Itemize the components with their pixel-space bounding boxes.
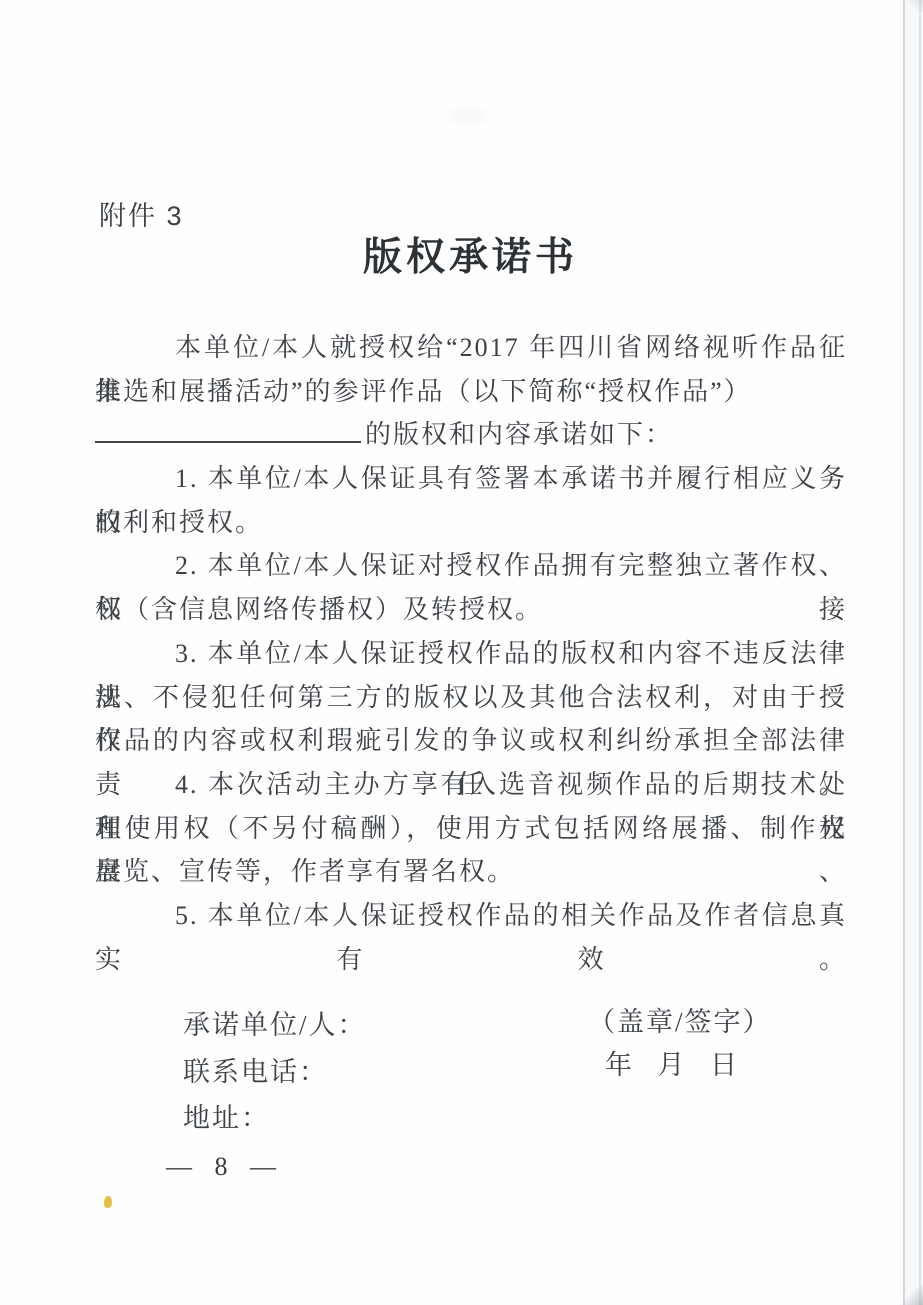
date-year-label: 年: [605, 1043, 632, 1082]
date-day-label: 日: [710, 1043, 737, 1082]
scan-edge-line-right: [903, 0, 905, 1305]
signature-address-label: 地址：: [183, 1096, 270, 1135]
body-line-5: 权利和授权。: [95, 501, 847, 545]
document-page: 附件 3 版权承诺书 本单位/本人就授权给“2017 年四川省网络视听作品征集 …: [0, 0, 923, 1305]
scan-corner-bottom-right: [887, 1285, 923, 1305]
signature-phone-label: 联系电话：: [183, 1050, 328, 1089]
body-line-3: 的版权和内容承诺如下：: [95, 413, 847, 457]
signature-party-label: 承诺单位/人：: [183, 1003, 367, 1042]
page-number: — 8 —: [166, 1152, 279, 1182]
body-line-8: 3. 本单位/本人保证授权作品的版权和内容不违反法律法: [95, 632, 847, 676]
body-line-2: 推选和展播活动”的参评作品（以下简称“授权作品”）: [95, 370, 801, 414]
body-line-12: 和使用权（不另付稿酬），使用方式包括网络展播、制作光盘、: [95, 807, 847, 851]
date-month-label: 月: [658, 1043, 685, 1082]
page-title: 版权承诺书: [0, 226, 923, 282]
body-line-4: 1. 本单位/本人保证具有签署本承诺书并履行相应义务的: [95, 457, 847, 501]
body-line-6: 2. 本单位/本人保证对授权作品拥有完整独立著作权、邻接: [95, 544, 847, 588]
signature-date-line: 年 月 日: [605, 1043, 737, 1082]
body-line-9: 规、不侵犯任何第三方的版权以及其他合法权利，对由于授权: [95, 676, 847, 720]
scan-edge-line-far-right: [919, 0, 921, 1305]
line-text: 5. 本单位/本人保证授权作品的相关作品及作者信息真实有效。: [95, 901, 847, 974]
scan-corner-top-right: [897, 0, 923, 12]
body-line-11: 4. 本次活动主办方享有入选音视频作品的后期技术处理权: [95, 763, 847, 807]
line-text: 权（含信息网络传播权）及转授权。: [95, 595, 543, 624]
body-text: 本单位/本人就授权给“2017 年四川省网络视听作品征集 推选和展播活动”的参评…: [95, 326, 847, 938]
body-line-1: 本单位/本人就授权给“2017 年四川省网络视听作品征集: [95, 326, 847, 370]
blank-field-work-title-2: [95, 415, 361, 443]
line-text: 展览、宣传等，作者享有署名权。: [95, 857, 515, 886]
body-line-10: 作品的内容或权利瑕疵引发的争议或权利纠纷承担全部法律责任。: [95, 719, 847, 763]
yellow-speck: [104, 1196, 113, 1209]
line-text: 权利和授权。: [95, 508, 263, 537]
seal-signature-label: （盖章/签字）: [588, 1000, 772, 1039]
body-line-14: 5. 本单位/本人保证授权作品的相关作品及作者信息真实有效。: [95, 894, 847, 938]
line-text: 的版权和内容承诺如下：: [365, 420, 673, 449]
line-text: 推选和展播活动”的参评作品（以下简称“授权作品”）: [95, 377, 752, 406]
scan-smudge: [448, 108, 488, 124]
